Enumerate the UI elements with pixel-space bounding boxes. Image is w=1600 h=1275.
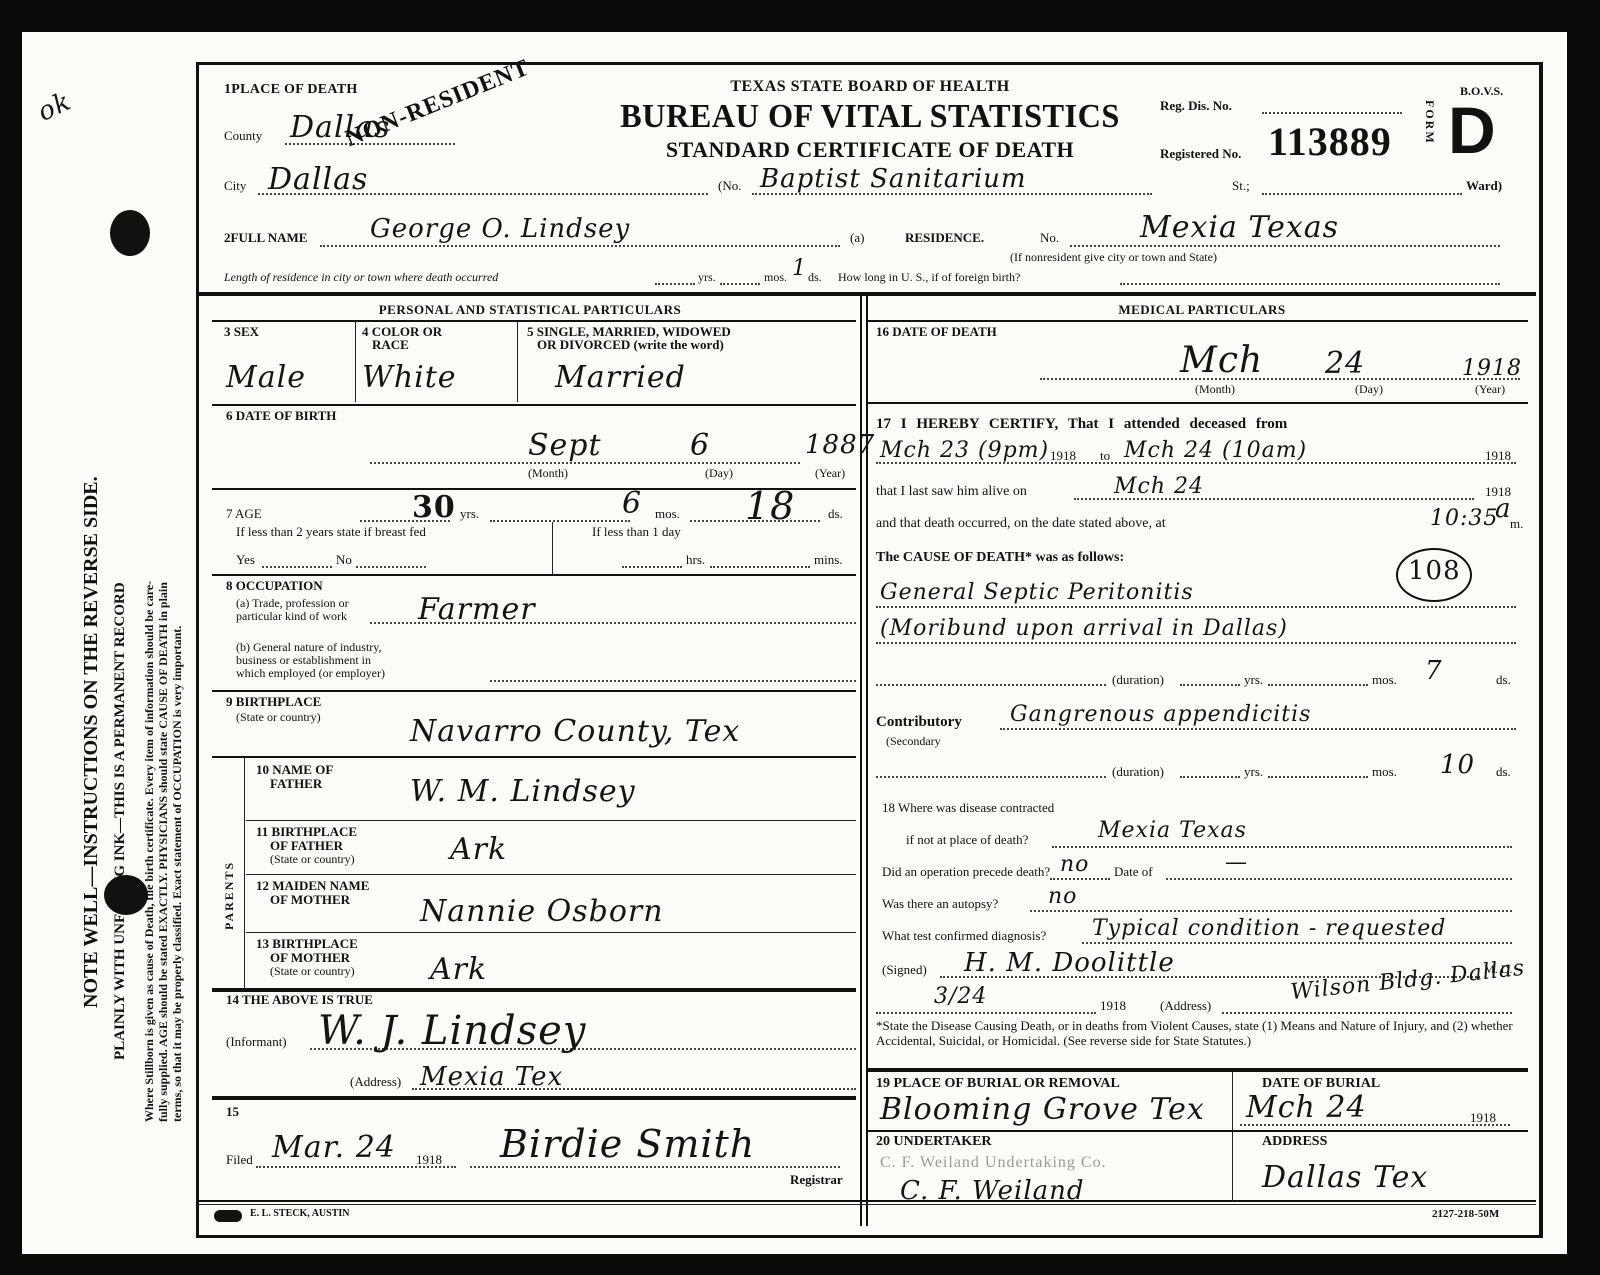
test-value: Typical condition - requested: [1092, 916, 1446, 941]
day-caption: (Day): [1355, 382, 1383, 397]
city-label: City: [224, 178, 246, 194]
length-days-value: 1: [792, 256, 807, 281]
informant-value: W. J. Lindsey: [318, 1008, 586, 1054]
foreign-birth-label: How long in U. S., if of foreign birth?: [838, 270, 1020, 285]
last-saw-label: that I last saw him alive on: [876, 484, 1027, 500]
parents-label: PARENTS: [222, 861, 237, 930]
death-time-label: and that death occurred, on the date sta…: [876, 516, 1166, 532]
length-residence-label: Length of residence in city or town wher…: [224, 270, 498, 285]
operation-value: no: [1060, 852, 1089, 877]
marital-value: Married: [555, 360, 686, 395]
yrs-label: yrs.: [1244, 764, 1263, 780]
reg-dis-label: Reg. Dis. No.: [1160, 98, 1232, 114]
side-note-text-1: Where Stillborn is given as cause of Dea…: [142, 581, 157, 1122]
mins-label: mins.: [814, 552, 843, 568]
yes-label: Yes: [236, 552, 255, 568]
certificate-title: STANDARD CERTIFICATE OF DEATH: [560, 137, 1180, 163]
secondary-label: (Secondary: [886, 734, 941, 749]
sex-value: Male: [226, 360, 306, 395]
form-word: FORM: [1422, 100, 1437, 145]
cause-duration-days: 7: [1425, 656, 1443, 686]
last-saw-value: Mch 24: [1114, 474, 1204, 499]
date-of-death-label: 16 DATE OF DEATH: [876, 324, 997, 340]
attended-to-year: 1918: [1485, 448, 1511, 464]
nonresident-note: (If nonresident give city or town and St…: [1010, 250, 1217, 265]
mother-birthplace-label-3: (State or country): [270, 964, 355, 979]
dob-label: 6 DATE OF BIRTH: [226, 408, 336, 424]
father-birthplace-label-3: (State or country): [270, 852, 355, 867]
age-years: 30: [412, 490, 456, 525]
sex-label: 3 SEX: [224, 324, 259, 340]
side-note-text-2: fully supplied. AGE should be stated EXA…: [156, 582, 171, 1122]
birthplace-sub-label: (State or country): [236, 710, 321, 725]
st-label: St.;: [1232, 178, 1250, 194]
bovs-label: B.O.V.S.: [1460, 84, 1503, 99]
full-name-label: 2FULL NAME: [224, 230, 307, 246]
race-label-2: RACE: [372, 337, 409, 353]
residence-no-label: No.: [1040, 230, 1059, 246]
m-label: m.: [1510, 516, 1523, 532]
death-time-value: 10:35: [1430, 506, 1498, 531]
form-code: 2127-218-50M: [1432, 1208, 1499, 1220]
yrs-label: yrs.: [460, 506, 479, 522]
burial-year: 1918: [1470, 1110, 1496, 1126]
physician-signature: H. M. Doolittle: [964, 948, 1175, 978]
physician-address-label: (Address): [1160, 998, 1211, 1014]
dod-month: Mch: [1180, 340, 1263, 381]
undertaker-stamp: C. F. Weiland Undertaking Co.: [880, 1154, 1107, 1172]
a-label: (a): [850, 230, 864, 246]
breastfed-label: If less than 2 years state if breast fed: [236, 524, 426, 540]
month-caption: (Month): [1195, 382, 1235, 397]
ds-label: ds.: [1496, 672, 1511, 688]
mother-birthplace-value: Ark: [430, 952, 487, 987]
contracted-value: Mexia Texas: [1098, 818, 1247, 843]
hrs-label: hrs.: [686, 552, 705, 568]
age-label: 7 AGE: [226, 506, 262, 522]
autopsy-value: no: [1048, 884, 1077, 909]
ink-blot-icon: [110, 210, 150, 256]
informant-address-value: Mexia Tex: [420, 1062, 563, 1092]
duration-label: (duration): [1112, 672, 1164, 688]
test-label: What test confirmed diagnosis?: [882, 928, 1046, 944]
age-months: 6: [622, 486, 642, 521]
street-no-label: (No.: [718, 178, 741, 194]
ds-label: ds.: [828, 506, 843, 522]
contributory-value: Gangrenous appendicitis: [1010, 702, 1311, 727]
registered-label: Registered No.: [1160, 146, 1241, 162]
father-name-value: W. M. Lindsey: [410, 774, 636, 809]
bureau-title: BUREAU OF VITAL STATISTICS: [576, 98, 1165, 136]
side-note-ink: PLAINLY WITH UNFADING INK—THIS IS A PERM…: [112, 582, 129, 1060]
birthplace-label: 9 BIRTHPLACE: [226, 694, 321, 710]
race-value: White: [362, 360, 457, 395]
filed-number-label: 15: [226, 1104, 239, 1120]
cause-code: 108: [1408, 556, 1461, 586]
city-value: Dallas: [268, 162, 368, 197]
signed-year: 1918: [1100, 998, 1126, 1014]
operation-date-value: —: [1225, 850, 1248, 875]
printer-label: E. L. STECK, AUSTIN: [250, 1208, 349, 1219]
mother-name-label-2: OF MOTHER: [270, 892, 350, 908]
full-name-value: George O. Lindsey: [370, 214, 630, 244]
registered-number: 113889: [1268, 118, 1392, 165]
contributory-duration-days: 10: [1440, 750, 1475, 780]
attended-to: Mch 24 (10am): [1124, 438, 1307, 463]
registrar-signature: Birdie Smith: [500, 1122, 755, 1166]
less-day-label: If less than 1 day: [592, 524, 681, 540]
no-label: No: [336, 552, 352, 568]
county-label: County: [224, 128, 262, 144]
residence-value: Mexia Texas: [1140, 210, 1339, 245]
printer-logo-icon: [214, 1210, 242, 1222]
side-note-instructions: NOTE WELL—INSTRUCTIONS ON THE REVERSE SI…: [80, 476, 103, 1008]
place-of-death-label: 1PLACE OF DEATH: [224, 82, 358, 98]
burial-place-value: Blooming Grove Tex: [880, 1092, 1205, 1127]
undertaker-address-value: Dallas Tex: [1262, 1160, 1428, 1195]
mos-label: mos.: [655, 506, 680, 522]
filed-year: 1918: [416, 1152, 442, 1168]
cause-of-death-label: The CAUSE OF DEATH* was as follows:: [876, 550, 1124, 566]
contracted-label-2: if not at place of death?: [906, 832, 1028, 848]
dob-month: Sept: [528, 428, 602, 463]
yrs-label: yrs.: [698, 270, 716, 285]
dod-year: 1918: [1462, 356, 1522, 381]
filed-date: Mar. 24: [272, 1130, 396, 1165]
ward-label: Ward): [1466, 178, 1502, 194]
to-label: to: [1100, 448, 1110, 464]
side-note-text-3: terms, so that it may be properly classi…: [170, 626, 185, 1122]
burial-date-value: Mch 24: [1246, 1090, 1367, 1125]
institution-value: Baptist Sanitarium: [760, 164, 1027, 194]
contributory-label: Contributory: [876, 714, 962, 731]
signed-date: 3/24: [934, 984, 987, 1009]
ds-label: ds.: [808, 270, 822, 285]
mos-label: mos.: [1372, 672, 1397, 688]
registrar-label: Registrar: [790, 1172, 843, 1188]
birthplace-value: Navarro County, Tex: [410, 714, 740, 749]
year-caption: (Year): [1475, 382, 1505, 397]
undertaker-address-label: ADDRESS: [1262, 1134, 1327, 1150]
filed-label: Filed: [226, 1152, 253, 1168]
cause-line-2: (Moribund upon arrival in Dallas): [880, 616, 1288, 641]
mother-name-value: Nannie Osborn: [420, 894, 664, 929]
certify-label: 17 I HEREBY CERTIFY, That I attended dec…: [876, 416, 1287, 433]
mos-label: mos.: [764, 270, 787, 285]
occupation-a-label-2: particular kind of work: [236, 609, 347, 624]
occupation-label: 8 OCCUPATION: [226, 578, 323, 594]
burial-place-label: 19 PLACE OF BURIAL OR REMOVAL: [876, 1076, 1120, 1092]
informant-address-label: (Address): [350, 1074, 401, 1090]
dob-day: 6: [690, 428, 710, 463]
form-letter: D: [1448, 92, 1496, 168]
cause-footnote: *State the Disease Causing Death, or in …: [876, 1018, 1516, 1048]
signed-label: (Signed): [882, 962, 927, 978]
occupation-b-label-3: which employed (or employer): [236, 666, 385, 681]
undertaker-signature: C. F. Weiland: [900, 1176, 1085, 1206]
father-birthplace-value: Ark: [450, 832, 507, 867]
ds-label: ds.: [1496, 764, 1511, 780]
undertaker-label: 20 UNDERTAKER: [876, 1134, 992, 1150]
year-caption: (Year): [815, 466, 845, 481]
month-caption: (Month): [528, 466, 568, 481]
mos-label: mos.: [1372, 764, 1397, 780]
residence-label: RESIDENCE.: [905, 230, 984, 246]
personal-section-title: PERSONAL AND STATISTICAL PARTICULARS: [200, 302, 860, 318]
duration-label: (duration): [1112, 764, 1164, 780]
age-days: 18: [745, 484, 795, 528]
yrs-label: yrs.: [1244, 672, 1263, 688]
contracted-label: 18 Where was disease contracted: [882, 800, 1054, 816]
dob-year: 1887: [805, 430, 875, 460]
board-title: TEXAS STATE BOARD OF HEALTH: [590, 78, 1150, 96]
autopsy-label: Was there an autopsy?: [882, 896, 998, 912]
operation-label: Did an operation precede death?: [882, 864, 1050, 880]
attended-from-year: 1918: [1050, 448, 1076, 464]
cause-line-1: General Septic Peritonitis: [880, 580, 1194, 605]
above-is-true-label: 14 THE ABOVE IS TRUE: [226, 992, 373, 1008]
father-name-label-2: FATHER: [270, 776, 322, 792]
informant-label: (Informant): [226, 1034, 287, 1050]
attended-from: Mch 23 (9pm): [880, 438, 1049, 463]
operation-date-label: Date of: [1114, 864, 1153, 880]
day-caption: (Day): [705, 466, 733, 481]
occupation-value: Farmer: [418, 592, 536, 627]
ink-blot-icon: [104, 875, 148, 915]
marital-label-2: OR DIVORCED (write the word): [537, 337, 724, 353]
dod-day: 24: [1325, 346, 1365, 381]
medical-section-title: MEDICAL PARTICULARS: [868, 302, 1536, 318]
